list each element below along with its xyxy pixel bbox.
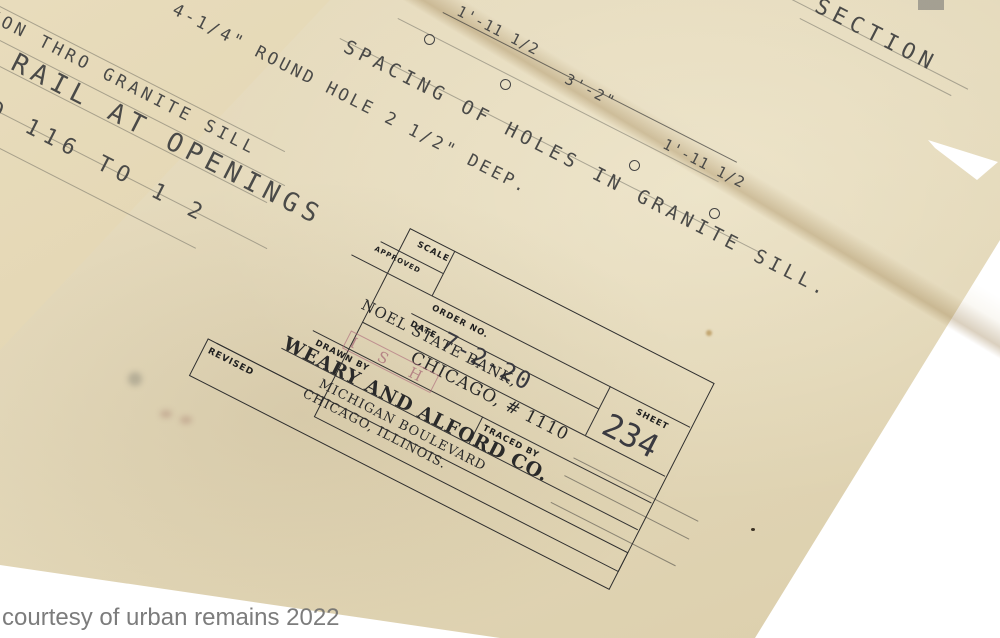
watermark-text: courtesy of urban remains 2022 [2, 604, 340, 632]
hole-marker-icon [424, 34, 435, 45]
hole-marker-icon [500, 79, 511, 90]
photo-stage: ION THRO GRANITE SILL RAIL AT OPENINGS D… [0, 0, 1000, 638]
hole-marker-icon [629, 160, 640, 171]
hole-marker-icon [709, 208, 720, 219]
stain-mark [180, 416, 192, 424]
stain-mark [751, 528, 755, 531]
stain-mark [128, 372, 142, 386]
stain-mark [706, 330, 712, 336]
stain-mark [160, 410, 172, 418]
section-hatch [918, 0, 944, 10]
